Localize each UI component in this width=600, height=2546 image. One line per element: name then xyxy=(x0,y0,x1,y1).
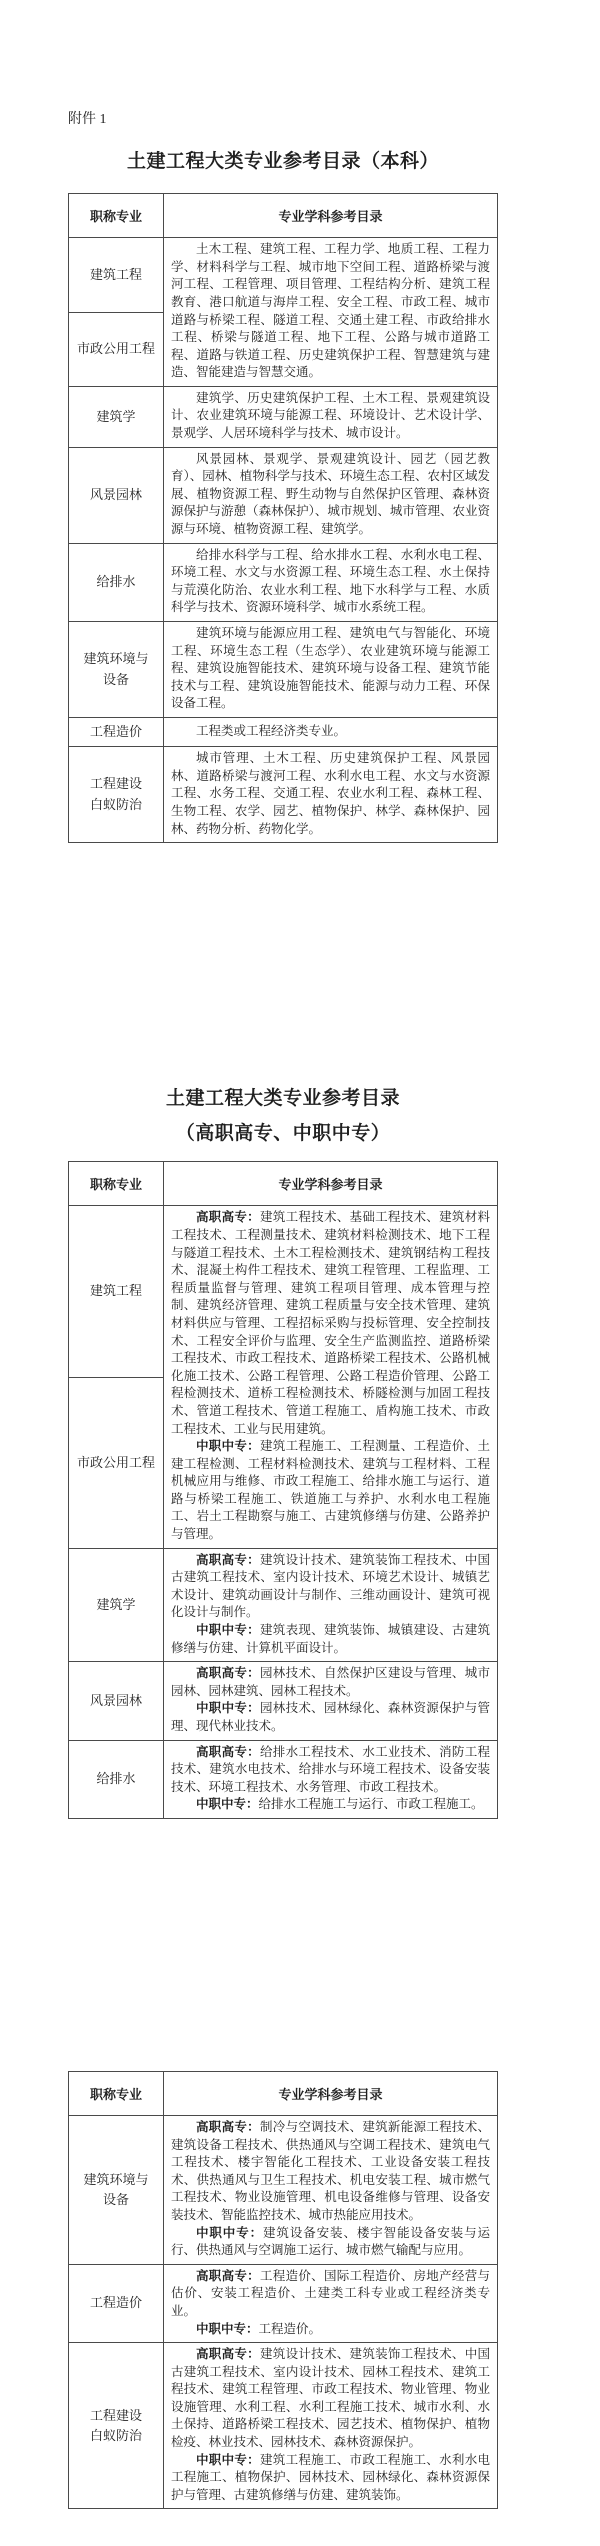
level-label: 高职高专： xyxy=(196,1666,260,1680)
table-header-row: 职称专业 专业学科参考目录 xyxy=(69,194,498,238)
catalog-text: 高职高专：建筑设计技术、建筑装饰工程技术、中国古建筑工程技术、室内设计技术、园林… xyxy=(171,2346,490,2452)
doc-title-line: 土建工程大类专业参考目录（本科） xyxy=(68,144,498,179)
table-row: 给排水 给排水科学与工程、给水排水工程、水利水电工程、环境工程、水文与水资源工程… xyxy=(69,543,498,621)
profession-cell: 建筑工程 xyxy=(69,1206,164,1377)
table-row: 工程建设 白蚁防治 高职高专：建筑设计技术、建筑装饰工程技术、中国古建筑工程技术… xyxy=(69,2343,498,2509)
col-header-catalog: 专业学科参考目录 xyxy=(164,1162,498,1206)
profession-cell: 市政公用工程 xyxy=(69,312,164,386)
col-header-catalog: 专业学科参考目录 xyxy=(164,2071,498,2115)
catalog-cell: 高职高专：建筑工程技术、基础工程技术、建筑材料工程技术、工程测量技术、建筑材料检… xyxy=(164,1206,498,1548)
level-label: 高职高专： xyxy=(196,2269,260,2283)
table-row: 给排水 高职高专：给排水工程技术、水工业技术、消防工程技术、建筑水电技术、给排水… xyxy=(69,1740,498,1818)
document-page: 附件 1 土建工程大类专业参考目录（本科） 职称专业 专业学科参考目录 建筑工程… xyxy=(0,0,498,2509)
catalog-cell: 工程类或工程经济类专业。 xyxy=(164,717,498,746)
profession-cell: 给排水 xyxy=(69,1740,164,1818)
doc-title-gaozhi: 土建工程大类专业参考目录 （高职高专、中职中专） xyxy=(68,1081,498,1151)
table-row: 建筑学 高职高专：建筑设计技术、建筑装饰工程技术、中国古建筑工程技术、室内设计技… xyxy=(69,1548,498,1662)
doc-title-line: （高职高专、中职中专） xyxy=(68,1116,498,1151)
level-label: 中职中专： xyxy=(196,1797,259,1811)
catalog-text: 工程类或工程经济类专业。 xyxy=(171,723,490,741)
catalog-text: 高职高专：建筑工程技术、基础工程技术、建筑材料工程技术、工程测量技术、建筑材料检… xyxy=(171,1209,490,1438)
level-label: 中职中专： xyxy=(196,1701,260,1715)
level-label: 高职高专： xyxy=(196,1745,260,1759)
table-header-row: 职称专业 专业学科参考目录 xyxy=(69,1162,498,1206)
col-header-profession: 职称专业 xyxy=(69,1162,164,1206)
catalog-text: 中职中专：建筑工程施工、工程测量、工程造价、土建工程检测、工程材料检测技术、建筑… xyxy=(171,1438,490,1544)
catalog-text: 高职高专：工程造价、国际工程造价、房地产经营与估价、安装工程造价、土建类工科专业… xyxy=(171,2268,490,2321)
level-label: 高职高专： xyxy=(196,2347,260,2361)
profession-cell: 建筑环境与 设备 xyxy=(69,2115,164,2264)
table-row: 建筑工程 土木工程、建筑工程、工程力学、地质工程、工程力学、材料科学与工程、城市… xyxy=(69,238,498,312)
profession-cell: 给排水 xyxy=(69,543,164,621)
profession-cell: 风景园林 xyxy=(69,1662,164,1740)
table-row: 工程造价 工程类或工程经济类专业。 xyxy=(69,717,498,746)
attachment-label: 附件 1 xyxy=(68,108,498,128)
profession-cell: 风景园林 xyxy=(69,447,164,543)
catalog-text: 中职中专：建筑设备安装、楼宇智能设备安装与运行、供热通风与空调施工运行、城市燃气… xyxy=(171,2225,490,2260)
col-header-profession: 职称专业 xyxy=(69,2071,164,2115)
table-row: 风景园林 风景园林、景观学、景观建筑设计、园艺（园艺教育）、园林、植物科学与技术… xyxy=(69,447,498,543)
catalog-table-gaozhi-continued: 职称专业 专业学科参考目录 建筑环境与 设备 高职高专：制冷与空调技术、建筑新能… xyxy=(68,2071,498,2509)
level-label: 中职中专： xyxy=(196,2322,259,2336)
catalog-cell: 高职高专：建筑设计技术、建筑装饰工程技术、中国古建筑工程技术、室内设计技术、园林… xyxy=(164,2343,498,2509)
catalog-cell: 给排水科学与工程、给水排水工程、水利水电工程、环境工程、水文与水资源工程、环境生… xyxy=(164,543,498,621)
profession-cell: 建筑学 xyxy=(69,1548,164,1662)
catalog-text: 中职中专：工程造价。 xyxy=(171,2321,490,2339)
profession-cell: 市政公用工程 xyxy=(69,1377,164,1548)
table-row: 建筑学 建筑学、历史建筑保护工程、土木工程、景观建筑设计、农业建筑环境与能源工程… xyxy=(69,386,498,447)
profession-cell: 建筑环境与 设备 xyxy=(69,622,164,718)
table-row: 建筑环境与 设备 建筑环境与能源应用工程、建筑电气与智能化、环境工程、环境生态工… xyxy=(69,622,498,718)
catalog-cell: 高职高专：给排水工程技术、水工业技术、消防工程技术、建筑水电技术、给排水与环境工… xyxy=(164,1740,498,1818)
table-row: 建筑环境与 设备 高职高专：制冷与空调技术、建筑新能源工程技术、建筑设备工程技术… xyxy=(69,2115,498,2264)
catalog-text: 中职中专：建筑表现、建筑装饰、城镇建设、古建筑修缮与仿建、计算机平面设计。 xyxy=(171,1622,490,1657)
profession-cell: 建筑工程 xyxy=(69,238,164,312)
catalog-cell: 土木工程、建筑工程、工程力学、地质工程、工程力学、材料科学与工程、城市地下空间工… xyxy=(164,238,498,387)
profession-cell: 工程造价 xyxy=(69,717,164,746)
table-row: 风景园林 高职高专：园林技术、自然保护区建设与管理、城市园林、园林建筑、园林工程… xyxy=(69,1662,498,1740)
table-row: 工程造价 高职高专：工程造价、国际工程造价、房地产经营与估价、安装工程造价、土建… xyxy=(69,2264,498,2342)
catalog-text: 城市管理、土木工程、历史建筑保护工程、风景园林、道路桥梁与渡河工程、水利水电工程… xyxy=(171,750,490,838)
col-header-catalog: 专业学科参考目录 xyxy=(164,194,498,238)
level-label: 高职高专： xyxy=(196,1553,260,1567)
catalog-cell: 城市管理、土木工程、历史建筑保护工程、风景园林、道路桥梁与渡河工程、水利水电工程… xyxy=(164,747,498,843)
doc-title-line: 土建工程大类专业参考目录 xyxy=(68,1081,498,1116)
catalog-cell: 建筑学、历史建筑保护工程、土木工程、景观建筑设计、农业建筑环境与能源工程、环境设… xyxy=(164,386,498,447)
level-label: 中职中专： xyxy=(196,2453,260,2467)
catalog-cell: 建筑环境与能源应用工程、建筑电气与智能化、环境工程、环境生态工程（生态学）、农业… xyxy=(164,622,498,718)
level-label: 中职中专： xyxy=(196,2226,263,2240)
level-label: 高职高专： xyxy=(196,2120,260,2134)
catalog-text: 中职中专：园林技术、园林绿化、森林资源保护与管理、现代林业技术。 xyxy=(171,1700,490,1735)
profession-cell: 工程造价 xyxy=(69,2264,164,2342)
level-label: 中职中专： xyxy=(196,1439,260,1453)
profession-cell: 建筑学 xyxy=(69,386,164,447)
catalog-cell: 高职高专：建筑设计技术、建筑装饰工程技术、中国古建筑工程技术、室内设计技术、环境… xyxy=(164,1548,498,1662)
catalog-text: 高职高专：建筑设计技术、建筑装饰工程技术、中国古建筑工程技术、室内设计技术、环境… xyxy=(171,1552,490,1622)
catalog-text: 高职高专：给排水工程技术、水工业技术、消防工程技术、建筑水电技术、给排水与环境工… xyxy=(171,1744,490,1797)
catalog-text: 建筑学、历史建筑保护工程、土木工程、景观建筑设计、农业建筑环境与能源工程、环境设… xyxy=(171,390,490,443)
catalog-text: 中职中专：建筑工程施工、市政工程施工、水利水电工程施工、植物保护、园林技术、园林… xyxy=(171,2452,490,2505)
table-header-row: 职称专业 专业学科参考目录 xyxy=(69,2071,498,2115)
catalog-text: 土木工程、建筑工程、工程力学、地质工程、工程力学、材料科学与工程、城市地下空间工… xyxy=(171,241,490,382)
catalog-text: 高职高专：制冷与空调技术、建筑新能源工程技术、建筑设备工程技术、供热通风与空调工… xyxy=(171,2119,490,2225)
profession-cell: 工程建设 白蚁防治 xyxy=(69,747,164,843)
catalog-cell: 高职高专：园林技术、自然保护区建设与管理、城市园林、园林建筑、园林工程技术。 中… xyxy=(164,1662,498,1740)
table-row: 工程建设 白蚁防治 城市管理、土木工程、历史建筑保护工程、风景园林、道路桥梁与渡… xyxy=(69,747,498,843)
catalog-text: 高职高专：园林技术、自然保护区建设与管理、城市园林、园林建筑、园林工程技术。 xyxy=(171,1665,490,1700)
catalog-text: 中职中专：给排水工程施工与运行、市政工程施工。 xyxy=(171,1796,490,1814)
catalog-text: 给排水科学与工程、给水排水工程、水利水电工程、环境工程、水文与水资源工程、环境生… xyxy=(171,547,490,617)
catalog-cell: 高职高专：工程造价、国际工程造价、房地产经营与估价、安装工程造价、土建类工科专业… xyxy=(164,2264,498,2342)
catalog-text: 建筑环境与能源应用工程、建筑电气与智能化、环境工程、环境生态工程（生态学）、农业… xyxy=(171,625,490,713)
catalog-table-gaozhi: 职称专业 专业学科参考目录 建筑工程 高职高专：建筑工程技术、基础工程技术、建筑… xyxy=(68,1161,498,1819)
catalog-text: 风景园林、景观学、景观建筑设计、园艺（园艺教育）、园林、植物科学与技术、环境生态… xyxy=(171,451,490,539)
col-header-profession: 职称专业 xyxy=(69,194,164,238)
table-row: 建筑工程 高职高专：建筑工程技术、基础工程技术、建筑材料工程技术、工程测量技术、… xyxy=(69,1206,498,1377)
level-label: 高职高专： xyxy=(196,1210,260,1224)
catalog-table-benke: 职称专业 专业学科参考目录 建筑工程 土木工程、建筑工程、工程力学、地质工程、工… xyxy=(68,193,498,843)
level-label: 中职中专： xyxy=(196,1623,260,1637)
catalog-cell: 风景园林、景观学、景观建筑设计、园艺（园艺教育）、园林、植物科学与技术、环境生态… xyxy=(164,447,498,543)
profession-cell: 工程建设 白蚁防治 xyxy=(69,2343,164,2509)
doc-title-benke: 土建工程大类专业参考目录（本科） xyxy=(68,144,498,179)
catalog-cell: 高职高专：制冷与空调技术、建筑新能源工程技术、建筑设备工程技术、供热通风与空调工… xyxy=(164,2115,498,2264)
